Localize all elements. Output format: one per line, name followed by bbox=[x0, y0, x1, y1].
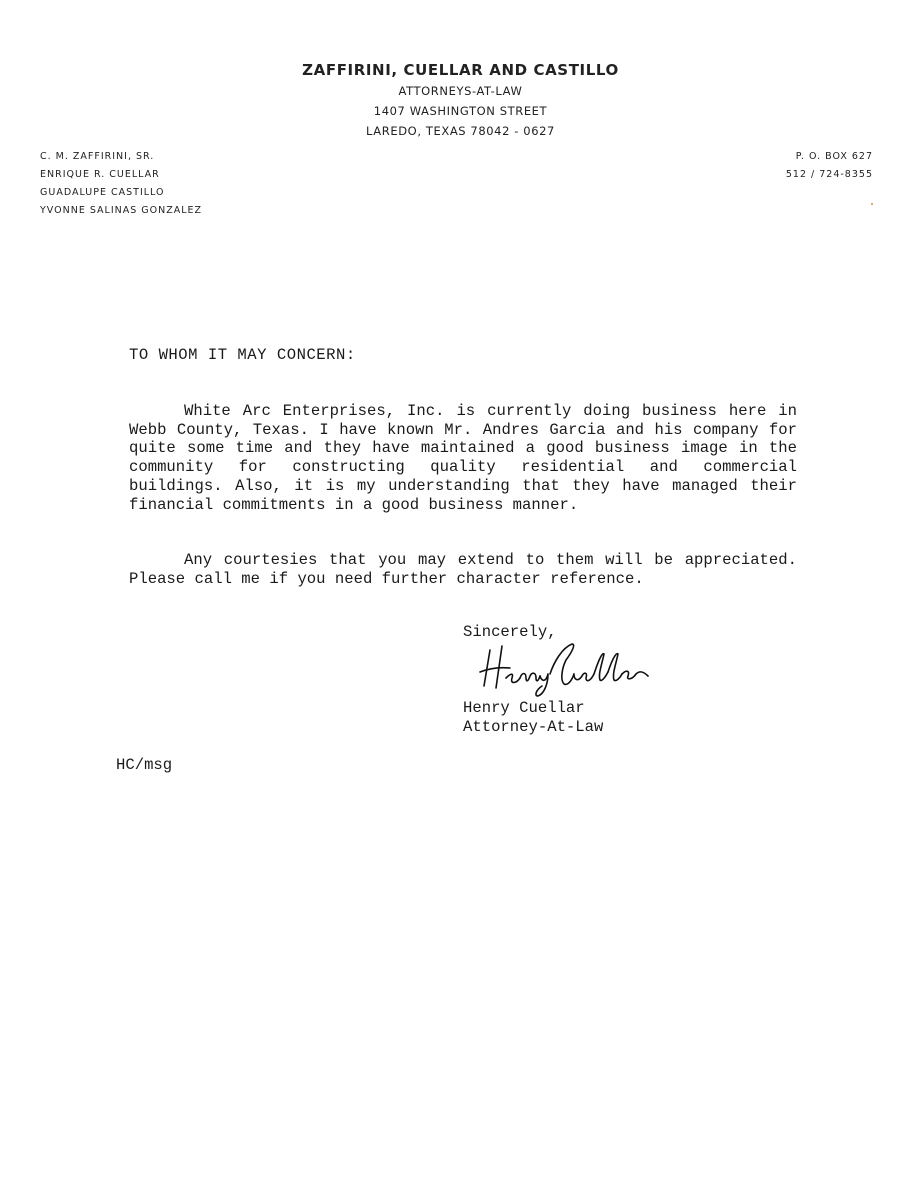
signer-name: Henry Cuellar bbox=[463, 699, 603, 718]
salutation: TO WHOM IT MAY CONCERN: bbox=[129, 346, 356, 364]
paragraph-2: Any courtesies that you may extend to th… bbox=[129, 551, 797, 588]
signature-block: Henry Cuellar Attorney-At-Law bbox=[463, 699, 603, 737]
partner-name: C. M. ZAFFIRINI, SR. bbox=[40, 148, 202, 166]
paragraph-text: White Arc Enterprises, Inc. is currently… bbox=[129, 402, 797, 514]
partner-name: YVONNE SALINAS GONZALEZ bbox=[40, 202, 202, 220]
reference-initials: HC/msg bbox=[116, 756, 172, 774]
firm-name: ZAFFIRINI, CUELLAR AND CASTILLO bbox=[0, 61, 921, 79]
firm-tagline: ATTORNEYS-AT-LAW bbox=[0, 84, 921, 98]
po-box: P. O. BOX 627 bbox=[786, 148, 873, 166]
partner-list: C. M. ZAFFIRINI, SR. ENRIQUE R. CUELLAR … bbox=[40, 148, 202, 220]
partner-name: GUADALUPE CASTILLO bbox=[40, 184, 202, 202]
firm-street: 1407 WASHINGTON STREET bbox=[0, 104, 921, 118]
phone-number: 512 / 724-8355 bbox=[786, 166, 873, 184]
signature-image bbox=[476, 638, 666, 698]
firm-city: LAREDO, TEXAS 78042 - 0627 bbox=[0, 124, 921, 138]
paragraph-text: Any courtesies that you may extend to th… bbox=[129, 551, 797, 588]
contact-block: P. O. BOX 627 512 / 724-8355 bbox=[786, 148, 873, 184]
signer-title: Attorney-At-Law bbox=[463, 718, 603, 737]
paper-speck bbox=[871, 203, 873, 205]
paragraph-1: White Arc Enterprises, Inc. is currently… bbox=[129, 402, 797, 514]
partner-name: ENRIQUE R. CUELLAR bbox=[40, 166, 202, 184]
